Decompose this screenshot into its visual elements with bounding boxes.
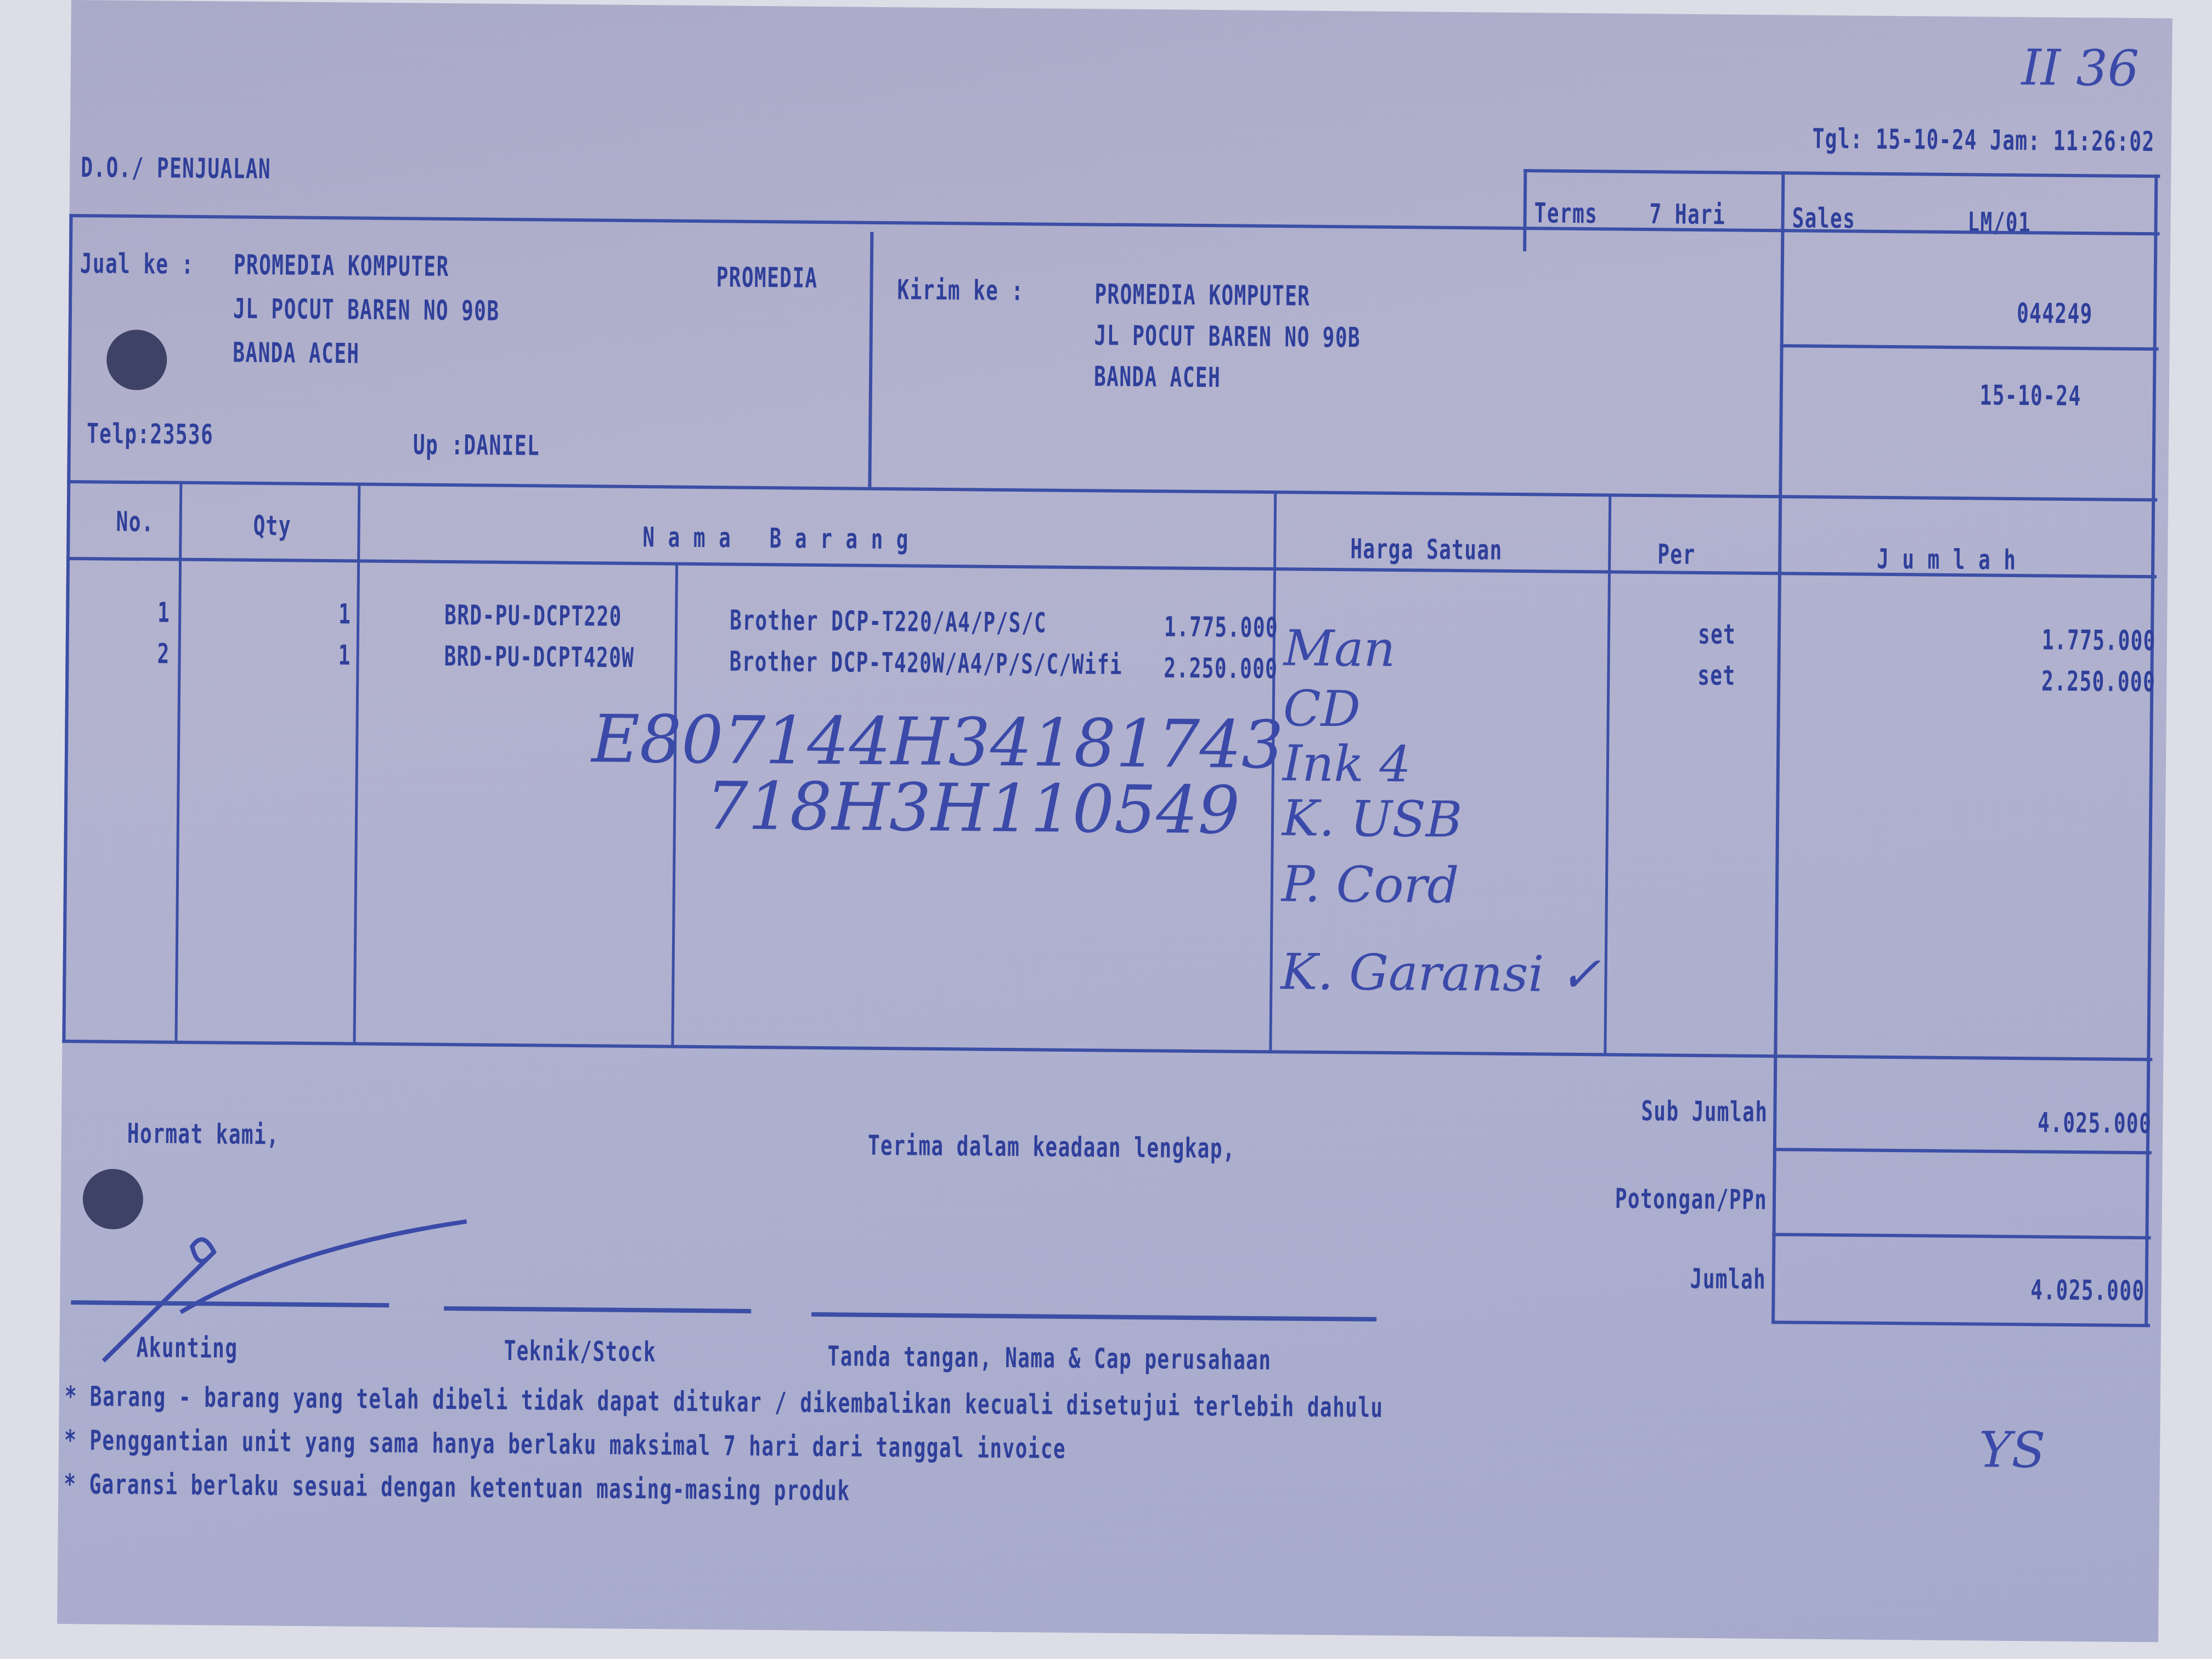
divider (62, 214, 72, 1042)
sign-accounting-label: Akunting (136, 1334, 238, 1362)
row-unit-price: 2.250.000 (1164, 654, 1278, 682)
signature-line-company (811, 1312, 1376, 1322)
row-no: 2 (157, 640, 170, 667)
sold-to-name: PROMEDIA KOMPUTER (234, 251, 449, 280)
total-value: 4.025.000 (2030, 1276, 2145, 1305)
row-qty: 1 (338, 600, 352, 628)
divider (353, 486, 360, 1045)
invoice-date: 15-10-24 (1980, 381, 2081, 410)
punch-hole (106, 330, 167, 391)
divider (868, 232, 873, 490)
checklist-item: P. Cord (1282, 855, 1459, 915)
handwritten-initials: YS (1979, 1421, 2046, 1479)
divider (62, 1040, 2152, 1061)
divider (66, 557, 2157, 578)
invoice-number: 044249 (2017, 300, 2093, 328)
row-no: 1 (157, 599, 171, 626)
divider (1772, 1233, 2151, 1239)
checklist-item: Man (1283, 619, 1396, 678)
received-text: Terima dalam keadaan lengkap, (868, 1132, 1236, 1163)
sold-to-phone: Telp:23536 (87, 420, 214, 448)
sold-to-code: PROMEDIA (716, 263, 817, 292)
date-time: Tgl: 15-10-24 Jam: 11:26:02 (1813, 125, 2155, 155)
note: * Garansi berlaku sesuai dengan ketentua… (64, 1470, 850, 1505)
terms-value: 7 Hari (1649, 200, 1725, 228)
sold-to-address-1: JL POCUT BAREN NO 90B (233, 295, 500, 325)
row-amount: 2.250.000 (2041, 667, 2155, 696)
header-per: Per (1657, 540, 1696, 568)
checklist-item: CD (1283, 680, 1361, 738)
handwritten-corner-mark: II 36 (2021, 39, 2139, 98)
document-title: D.O./ PENJUALAN (81, 154, 271, 183)
delivery-order-document: D.O./ PENJUALAN Tgl: 15-10-24 Jam: 11:26… (57, 0, 2172, 1642)
ship-to-label: Kirim ke : (897, 276, 1024, 304)
sold-to-label: Jual ke : (80, 250, 194, 278)
divider (1523, 169, 1527, 251)
header-qty: Qty (253, 512, 291, 540)
subtotal-label: Sub Jumlah (1641, 1097, 1768, 1126)
note: * Penggantian unit yang sama hanya berla… (64, 1426, 1066, 1463)
note: * Barang - barang yang telah dibeli tida… (65, 1383, 1384, 1421)
row-per: set (1697, 662, 1736, 690)
row-code: BRD-PU-DCPT220 (444, 601, 622, 630)
divider (1773, 1148, 2152, 1154)
divider (1523, 169, 2160, 178)
sales-label: Sales (1792, 204, 1855, 232)
table-row: 1 1 BRD-PU-DCPT220 Brother DCP-T220/A4/P… (71, 0, 2172, 18)
row-unit-price: 1.775.000 (1164, 613, 1278, 641)
checklist-item: K. USB (1282, 789, 1463, 849)
subtotal-value: 4.025.000 (2038, 1109, 2152, 1137)
row-description: Brother DCP-T420W/A4/P/S/C/Wifi (729, 648, 1122, 679)
divider (67, 480, 2157, 501)
total-label: Jumlah (1690, 1265, 1767, 1293)
row-per: set (1698, 620, 1736, 648)
row-qty: 1 (338, 641, 351, 669)
header-item: N a m a B a r a n g (642, 523, 909, 553)
divider (1604, 496, 1611, 1056)
divider (671, 565, 678, 1048)
ship-to-name: PROMEDIA KOMPUTER (1094, 280, 1310, 309)
sold-to-attention: Up :DANIEL (413, 431, 540, 459)
header-unit-price: Harga Satuan (1350, 535, 1503, 563)
divider (1780, 344, 2159, 351)
table-header: No. Qty N a m a B a r a n g Harga Satuan… (71, 0, 2172, 18)
row-amount: 1.775.000 (2042, 626, 2156, 654)
ship-to-address-1: JL POCUT BAREN NO 90B (1094, 321, 1361, 351)
checklist-item: Ink 4 (1282, 735, 1411, 793)
sold-to-address-2: BANDA ACEH (233, 339, 360, 368)
regards-text: Hormat kami, (127, 1120, 280, 1148)
row-description: Brother DCP-T220/A4/P/S/C (730, 607, 1047, 637)
terms-label: Terms (1534, 199, 1598, 227)
discount-label: Potongan/PPn (1615, 1185, 1767, 1214)
divider (174, 484, 182, 1043)
checklist-item: K. Garansi ✓ (1280, 943, 1601, 1003)
sign-technical-label: Teknik/Stock (504, 1337, 656, 1365)
ship-to-address-2: BANDA ACEH (1094, 363, 1221, 391)
handwritten-serial: 718H3H110549 (706, 768, 1240, 849)
header-amount: J u m l a h (1877, 545, 2017, 574)
divider (1771, 1321, 2150, 1327)
table-row: 2 1 BRD-PU-DCPT420W Brother DCP-T420W/A4… (71, 0, 2172, 18)
header-no: No. (116, 508, 154, 536)
sign-company-label: Tanda tangan, Nama & Cap perusahaan (827, 1342, 1271, 1374)
row-code: BRD-PU-DCPT420W (444, 642, 634, 672)
